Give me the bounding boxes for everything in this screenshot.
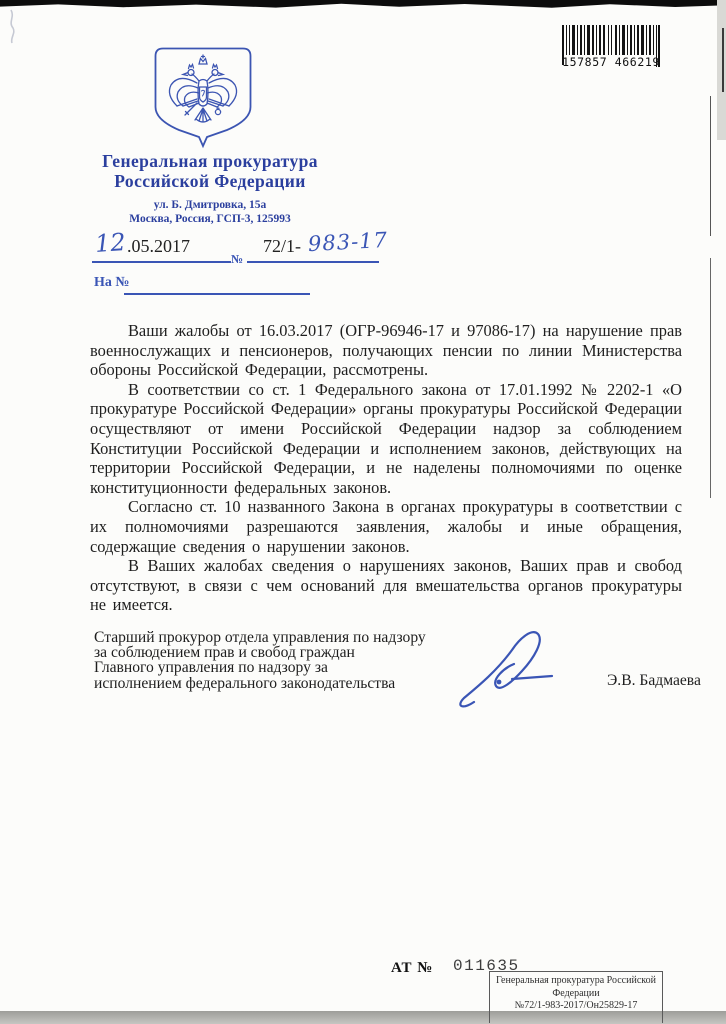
pencil-mark	[5, 9, 23, 45]
stamp-line: Федерации	[490, 988, 662, 1001]
org-name-line1: Генеральная прокуратура	[60, 151, 360, 172]
coat-of-arms-icon	[154, 47, 252, 149]
signer-title-line: за соблюдением прав и свобод граждан	[94, 645, 426, 660]
in-reply-to-label: На №	[94, 275, 129, 291]
signer-title-line: Старший прокурор отдела управления по на…	[94, 630, 426, 645]
body-paragraph: Согласно ст. 10 названного Закона в орга…	[90, 497, 682, 556]
blank-series-label: АТ №	[391, 960, 433, 977]
in-reply-to-underline	[124, 293, 310, 295]
handwritten-outgoing-number: 983-17	[307, 228, 388, 256]
date-underline	[92, 261, 231, 263]
stamp-line: Генеральная прокуратура Российской	[490, 975, 662, 988]
scan-artifact-line	[710, 96, 711, 236]
number-sign: №	[231, 252, 243, 267]
number-underline	[247, 261, 379, 263]
org-name-line2: Российской Федерации	[60, 171, 360, 192]
signer-title-block: Старший прокурор отдела управления по на…	[94, 630, 426, 691]
body-paragraph: Ваши жалобы от 16.03.2017 (ОГР-96946-17 …	[90, 321, 682, 380]
org-address-line2: Москва, Россия, ГСП-3, 125993	[60, 213, 360, 225]
body-paragraph: В соответствии со ст. 1 Федерального зак…	[90, 380, 682, 498]
handwritten-date-day: 12	[94, 228, 126, 258]
scan-edge-top	[0, 0, 726, 10]
handwritten-signature	[452, 616, 584, 718]
signer-title-line: исполнением федерального законодательств…	[94, 676, 426, 691]
letter-body: Ваши жалобы от 16.03.2017 (ОГР-96946-17 …	[90, 321, 682, 615]
registration-stamp: Генеральная прокуратура Российской Федер…	[489, 971, 663, 1023]
body-paragraph: В Ваших жалобах сведения о нарушениях за…	[90, 556, 682, 615]
barcode-number: 157857 466219	[562, 55, 660, 69]
scan-artifact-line	[722, 28, 724, 92]
scanned-letter-page: 157857 466219	[0, 0, 726, 1024]
printed-date: .05.2017	[127, 236, 190, 257]
signer-name: Э.В. Бадмаева	[607, 672, 701, 690]
scan-artifact-line	[710, 258, 711, 498]
org-address-line1: ул. Б. Дмитровка, 15а	[60, 199, 360, 211]
outgoing-number-prefix: 72/1-	[263, 236, 301, 257]
barcode: 157857 466219	[562, 25, 660, 71]
stamp-line: №72/1-983-2017/Он25829-17	[490, 1000, 662, 1013]
signer-title-line: Главного управления по надзору за	[94, 660, 426, 675]
